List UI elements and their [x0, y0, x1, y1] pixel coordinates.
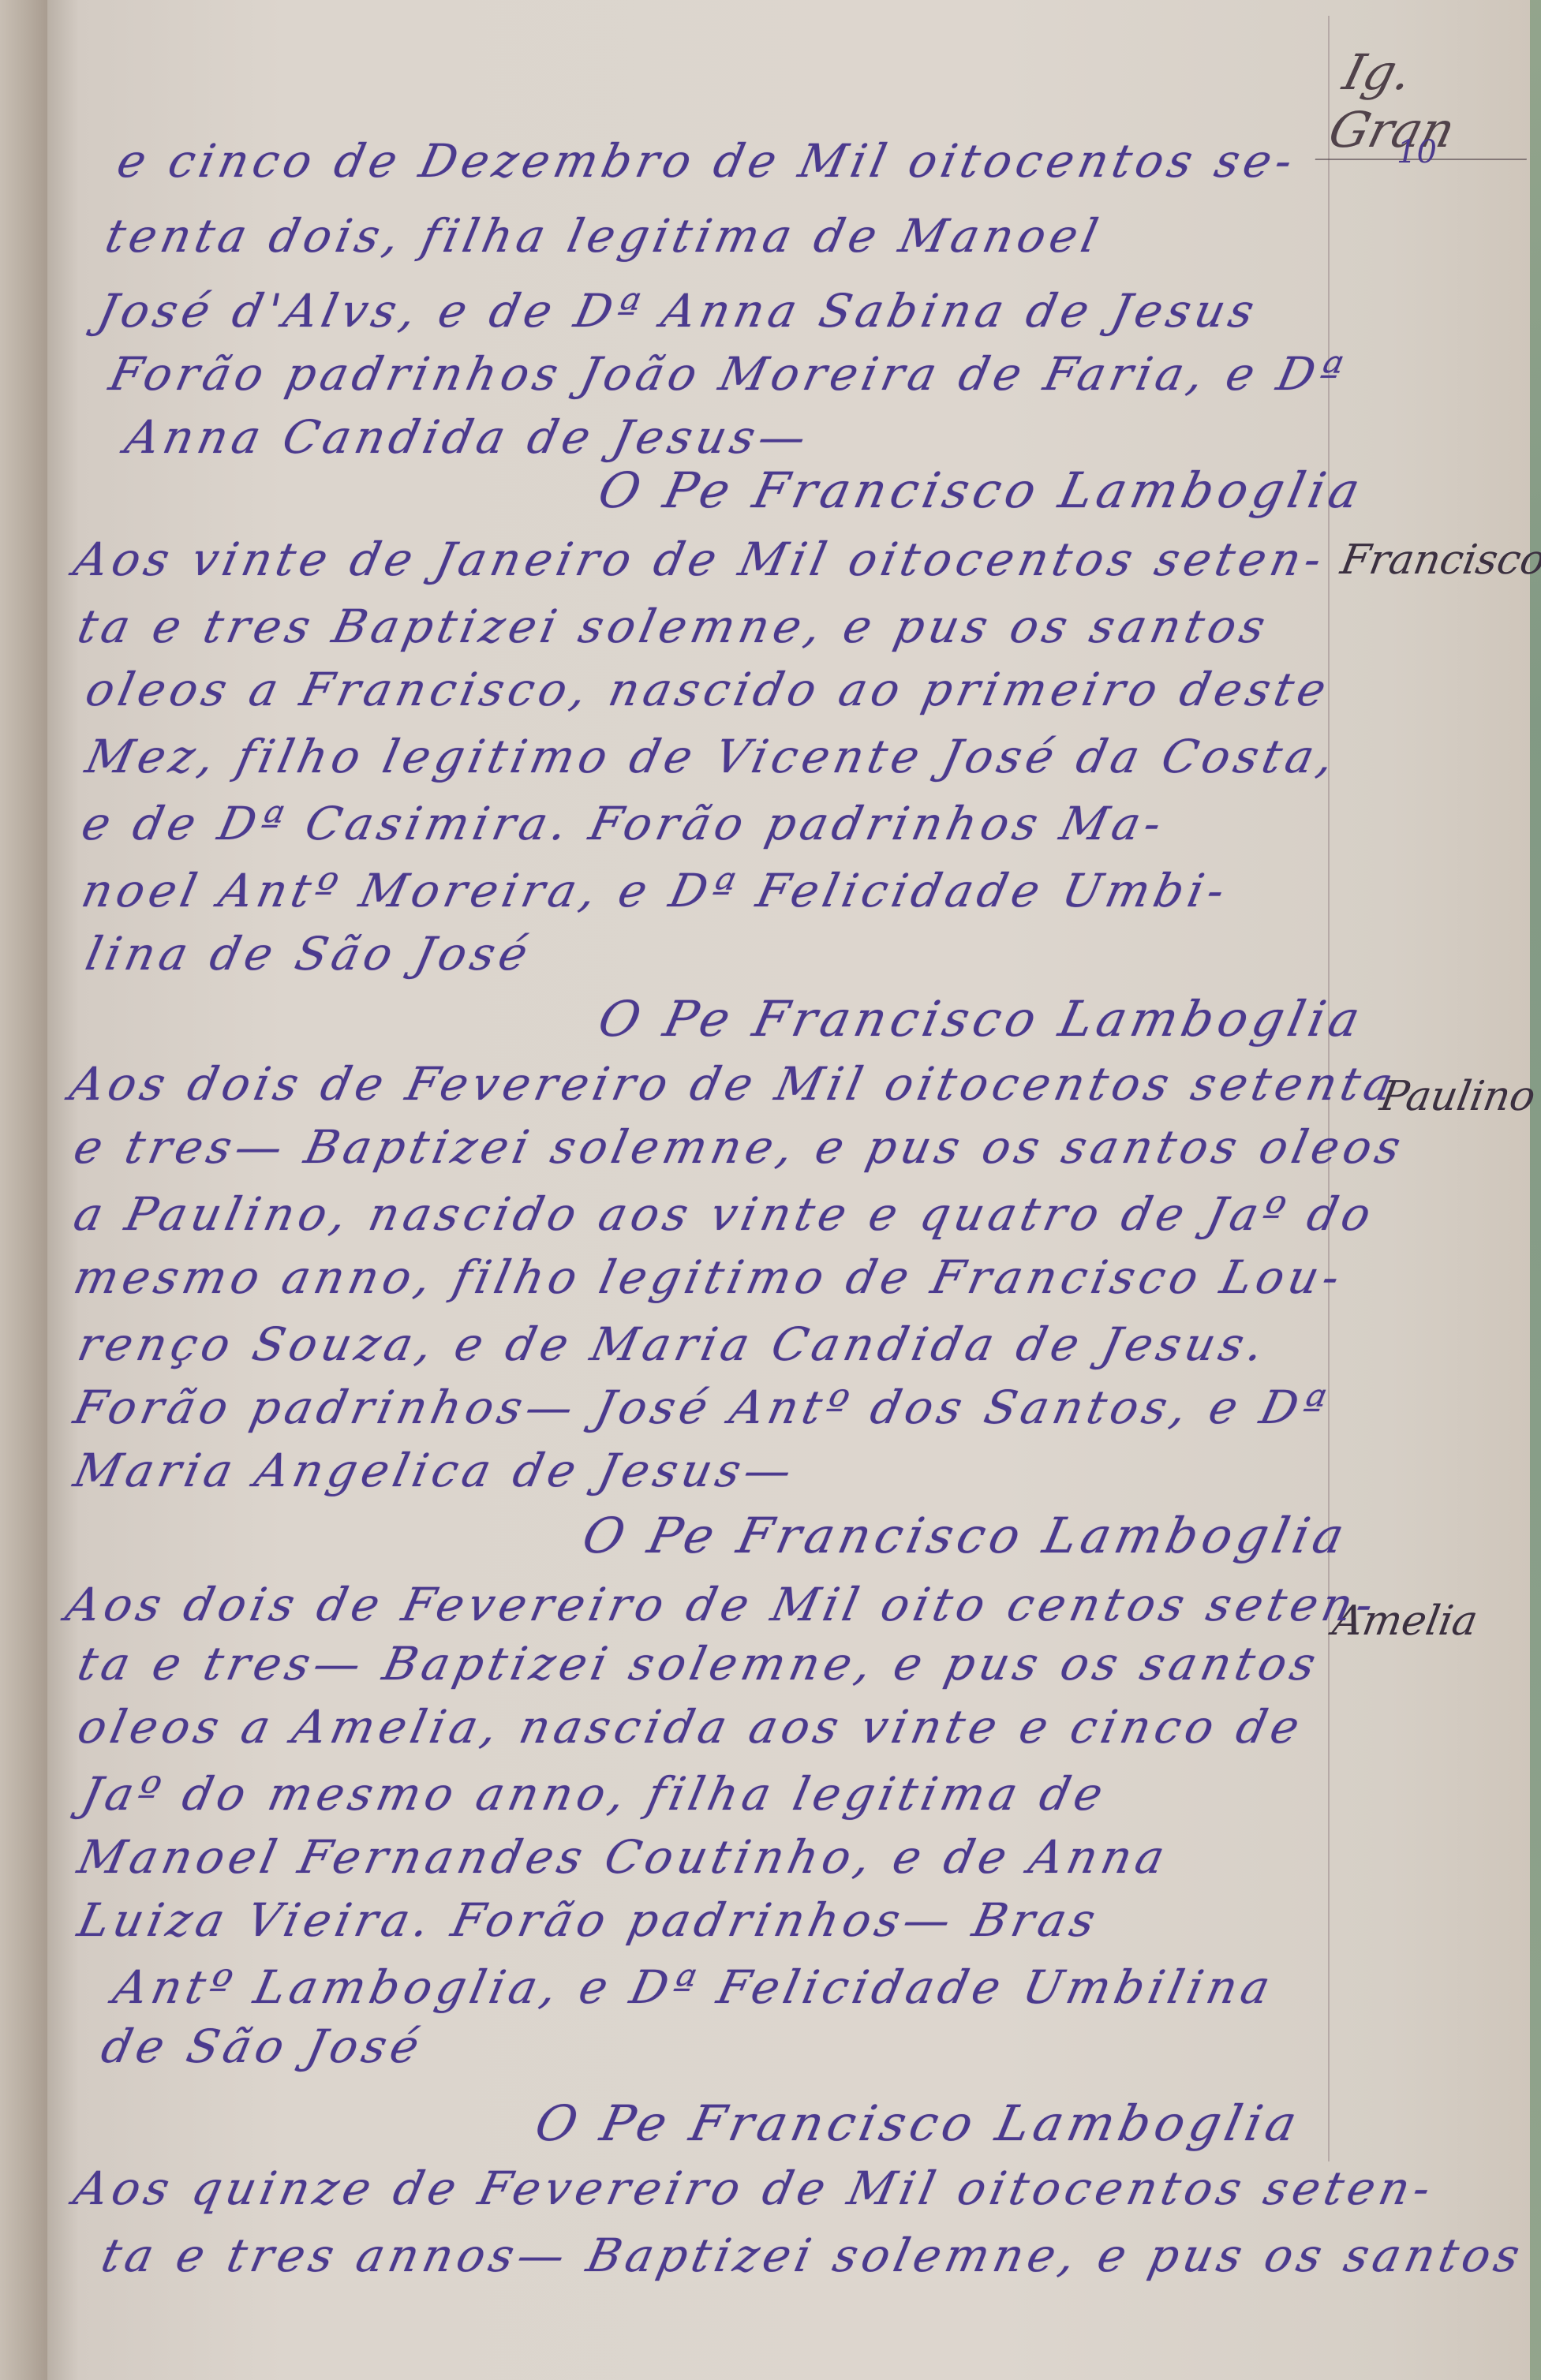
entry-1-line-4: Forão padrinhos João Moreira de Faria, e…: [105, 347, 1352, 401]
green-cover-edge: [1530, 0, 1541, 2380]
entry-4-line-2: ta e tres— Baptizei solemne, e pus os sa…: [73, 1637, 1326, 1691]
entry-2-line-5: e de Dª Casimira. Forão padrinhos Ma-: [77, 797, 1171, 850]
entry-4-line-4: Jaº do mesmo anno, filha legitima de: [77, 1767, 1113, 1821]
entry-1-line-2: tenta dois, filha legitima de Manoel: [101, 209, 1107, 263]
entry-2-signature: O Pe Francisco Lamboglia: [593, 990, 1369, 1048]
entry-3-line-1: Aos dois de Fevereiro de Mil oitocentos …: [65, 1057, 1402, 1111]
margin-name-paulino: Paulino: [1377, 1073, 1539, 1120]
entry-2-line-4: Mez, filho legitimo de Vicente José da C…: [81, 730, 1343, 783]
entry-2-line-6: noel Antº Moreira, e Dª Felicidade Umbi-: [77, 864, 1234, 917]
entry-2-line-3: oleos a Francisco, nascido ao primeiro d…: [81, 663, 1336, 716]
entry-3-signature: O Pe Francisco Lamboglia: [578, 1507, 1353, 1564]
entry-5-line-1: Aos quinze de Fevereiro de Mil oitocento…: [69, 2161, 1440, 2215]
entry-3-line-6: Forão padrinhos— José Antº dos Santos, e…: [69, 1381, 1335, 1434]
entry-4-line-3: oleos a Amelia, nascida aos vinte e cinc…: [73, 1700, 1309, 1754]
entry-3-line-3: a Paulino, nascido aos vinte e quatro de…: [69, 1187, 1380, 1241]
page-number: 10: [1397, 134, 1437, 170]
entry-4-line-6: Luiza Vieira. Forão padrinhos— Bras: [73, 1893, 1105, 1947]
entry-3-line-7: Maria Angelica de Jesus—: [69, 1444, 801, 1497]
entry-4-line-7: Antº Lamboglia, e Dª Felicidade Umbilina: [109, 1960, 1280, 2014]
entry-1-line-5: Anna Candida de Jesus—: [121, 410, 816, 464]
margin-name-francisco: Francisco: [1337, 536, 1541, 584]
entry-1-signature: O Pe Francisco Lamboglia: [593, 461, 1369, 519]
entry-4-line-5: Manoel Fernandes Coutinho, e de Anna: [73, 1830, 1174, 1884]
entry-2-line-1: Aos vinte de Janeiro de Mil oitocentos s…: [69, 532, 1331, 586]
entry-3-line-4: mesmo anno, filho legitimo de Francisco …: [69, 1250, 1349, 1304]
entry-2-line-7: lina de São José: [81, 927, 537, 981]
entry-3-line-5: renço Souza, e de Maria Candida de Jesus…: [73, 1317, 1274, 1371]
entry-4-signature: O Pe Francisco Lamboglia: [530, 2094, 1306, 2152]
entry-4-line-8: de São José: [97, 2019, 428, 2073]
entry-1-line-3: José d'Alvs, e de Dª Anna Sabina de Jesu…: [93, 284, 1264, 338]
book-spine: [0, 0, 47, 2380]
entry-5-line-2: ta e tres annos— Baptizei solemne, e pus…: [97, 2229, 1529, 2282]
entry-1-line-1: e cinco de Dezembro de Mil oitocentos se…: [113, 134, 1302, 188]
entry-3-line-2: e tres— Baptizei solemne, e pus os santo…: [69, 1120, 1410, 1174]
entry-4-line-1: Aos dois de Fevereiro de Mil oito centos…: [62, 1578, 1383, 1631]
entry-2-line-2: ta e tres Baptizei solemne, e pus os san…: [73, 600, 1275, 653]
